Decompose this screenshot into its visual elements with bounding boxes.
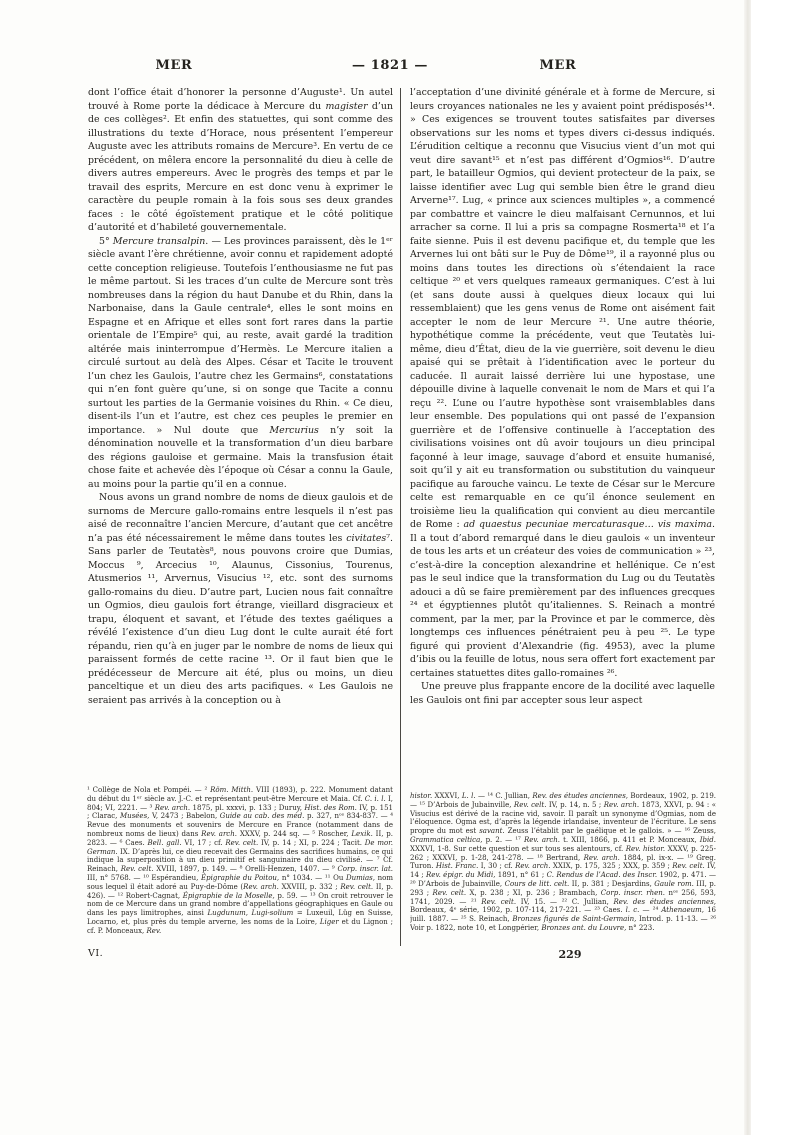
body-paragraph: dont l’office était d’honorer la personn… [88,86,393,235]
body-paragraph: Une preuve plus frappante encore de la d… [410,680,715,707]
volume-signature: VI. [88,948,103,959]
running-head-right: MER [528,58,588,73]
scanned-page: MER — 1821 — MER dont l’office était d’h… [0,0,800,1135]
body-paragraph: Nous avons un grand nombre de noms de di… [88,491,393,707]
running-head-left: MER [144,58,204,73]
text-column-right: l’acceptation d’une divinité générale et… [410,86,715,786]
footnotes-left: ¹ Collège de Nola et Pompéi. — ² Röm. Mi… [87,786,393,954]
page-number: 229 [538,948,602,961]
running-head-column-number: — 1821 — [330,58,450,73]
scan-outer-margin [751,0,800,1135]
footnotes-right: histor. XXXVI, L. l. — ¹⁴ C. Jullian, Re… [410,792,716,960]
scan-page-edge [744,0,751,1135]
text-column-left: dont l’office était d’honorer la personn… [88,86,393,786]
body-paragraph: l’acceptation d’une divinité générale et… [410,86,715,680]
body-paragraph: 5° Mercure transalpin. — Les provinces p… [88,235,393,492]
column-divider-rule [400,88,401,946]
